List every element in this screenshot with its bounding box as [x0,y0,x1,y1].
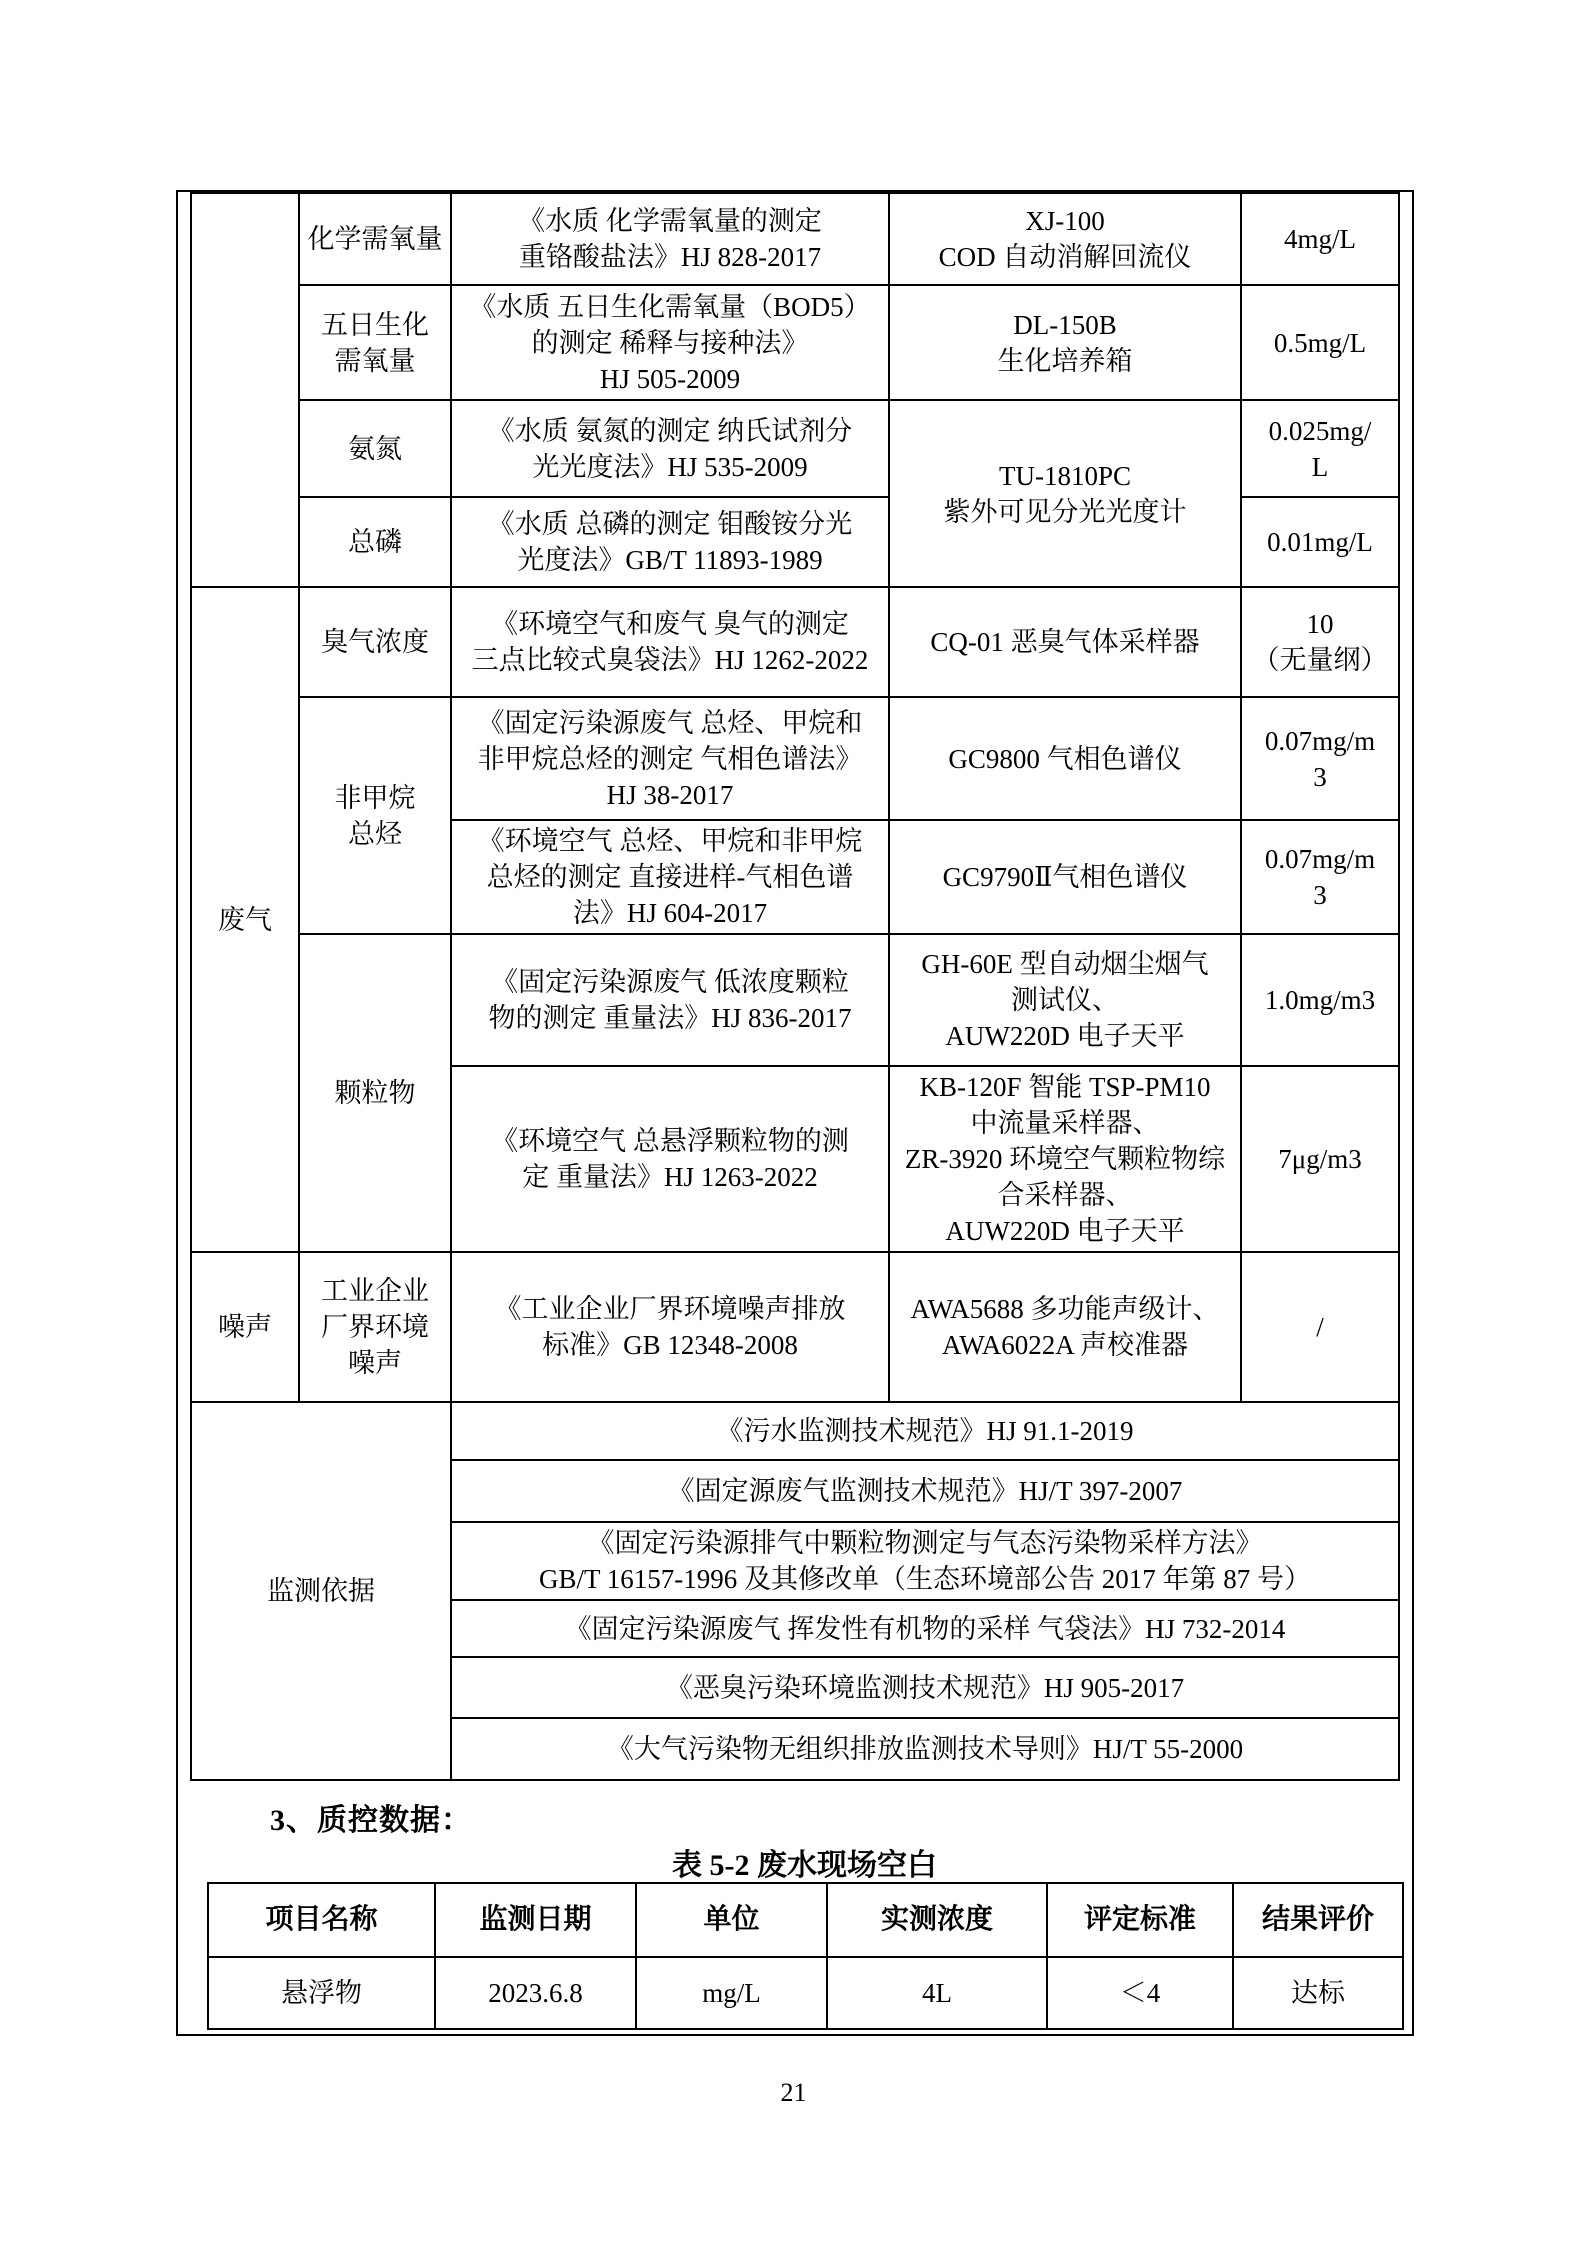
monitoring-table: 化学需氧量 《水质 化学需氧量的测定 重铬酸盐法》HJ 828-2017 XJ-… [190,192,1400,1781]
qc-header-cell: 实测浓度 [827,1883,1047,1957]
instrument-cell: KB-120F 智能 TSP-PM10 中流量采样器、 ZR-3920 环境空气… [889,1066,1241,1252]
qc-section-heading: 3、质控数据： [270,1795,472,1839]
table-row: 监测依据 《污水监测技术规范》HJ 91.1-2019 [191,1402,1399,1460]
qc-header-cell: 项目名称 [208,1883,435,1957]
basis-item: 《大气污染物无组织排放监测技术导则》HJ/T 55-2000 [451,1718,1399,1780]
basis-item: 《固定源废气监测技术规范》HJ/T 397-2007 [451,1460,1399,1522]
instrument-cell: GC9800 气相色谱仪 [889,697,1241,820]
parameter-cell: 工业企业 厂界环境 噪声 [299,1252,451,1402]
table-row: 氨氮 《水质 氨氮的测定 纳氏试剂分 光光度法》HJ 535-2009 TU-1… [191,400,1399,497]
table-row: 废气 臭气浓度 《环境空气和废气 臭气的测定 三点比较式臭袋法》HJ 1262-… [191,587,1399,697]
table-row: 五日生化 需氧量 《水质 五日生化需氧量（BOD5） 的测定 稀释与接种法》 H… [191,285,1399,400]
method-cell: 《水质 氨氮的测定 纳氏试剂分 光光度法》HJ 535-2009 [451,400,889,497]
category-cell: 废气 [191,587,299,1252]
detection-limit-cell: / [1241,1252,1399,1402]
parameter-cell: 臭气浓度 [299,587,451,697]
method-cell: 《环境空气和废气 臭气的测定 三点比较式臭袋法》HJ 1262-2022 [451,587,889,697]
instrument-cell: GC9790Ⅱ气相色谱仪 [889,820,1241,934]
qc-cell: 达标 [1233,1957,1403,2029]
instrument-cell: GH-60E 型自动烟尘烟气 测试仪、 AUW220D 电子天平 [889,934,1241,1066]
qc-cell: 4L [827,1957,1047,2029]
instrument-cell: CQ-01 恶臭气体采样器 [889,587,1241,697]
qc-cell: mg/L [636,1957,827,2029]
detection-limit-cell: 10 （无量纲） [1241,587,1399,697]
document-page: 化学需氧量 《水质 化学需氧量的测定 重铬酸盐法》HJ 828-2017 XJ-… [0,0,1587,2245]
detection-limit-cell: 4mg/L [1241,193,1399,285]
qc-header-cell: 结果评价 [1233,1883,1403,1957]
basis-item: 《恶臭污染环境监测技术规范》HJ 905-2017 [451,1657,1399,1718]
method-cell: 《水质 总磷的测定 钼酸铵分光 光度法》GB/T 11893-1989 [451,497,889,587]
instrument-cell: DL-150B 生化培养箱 [889,285,1241,400]
table-row: 非甲烷 总烃 《固定污染源废气 总烃、甲烷和 非甲烷总烃的测定 气相色谱法》 H… [191,697,1399,820]
qc-table: 项目名称 监测日期 单位 实测浓度 评定标准 结果评价 悬浮物 2023.6.8… [207,1882,1404,2030]
method-cell: 《环境空气 总悬浮颗粒物的测 定 重量法》HJ 1263-2022 [451,1066,889,1252]
method-cell: 《固定污染源废气 总烃、甲烷和 非甲烷总烃的测定 气相色谱法》 HJ 38-20… [451,697,889,820]
category-cell: 噪声 [191,1252,299,1402]
detection-limit-cell: 0.01mg/L [1241,497,1399,587]
qc-cell: 悬浮物 [208,1957,435,2029]
parameter-cell: 氨氮 [299,400,451,497]
method-cell: 《工业企业厂界环境噪声排放 标准》GB 12348-2008 [451,1252,889,1402]
method-cell: 《水质 化学需氧量的测定 重铬酸盐法》HJ 828-2017 [451,193,889,285]
table-row: 颗粒物 《固定污染源废气 低浓度颗粒 物的测定 重量法》HJ 836-2017 … [191,934,1399,1066]
page-number: 21 [0,2078,1587,2108]
qc-header-cell: 监测日期 [435,1883,636,1957]
parameter-cell: 化学需氧量 [299,193,451,285]
qc-table-title: 表 5-2 废水现场空白 [207,1840,1402,1884]
instrument-cell: XJ-100 COD 自动消解回流仪 [889,193,1241,285]
method-cell: 《水质 五日生化需氧量（BOD5） 的测定 稀释与接种法》 HJ 505-200… [451,285,889,400]
qc-header-row: 项目名称 监测日期 单位 实测浓度 评定标准 结果评价 [208,1883,1403,1957]
basis-item: 《固定污染源废气 挥发性有机物的采样 气袋法》HJ 732-2014 [451,1600,1399,1657]
basis-label-cell: 监测依据 [191,1402,451,1780]
method-cell: 《环境空气 总烃、甲烷和非甲烷 总烃的测定 直接进样-气相色谱 法》HJ 604… [451,820,889,934]
qc-header-cell: 单位 [636,1883,827,1957]
parameter-cell: 非甲烷 总烃 [299,697,451,934]
qc-cell: 2023.6.8 [435,1957,636,2029]
detection-limit-cell: 0.07mg/m 3 [1241,820,1399,934]
instrument-cell: AWA5688 多功能声级计、 AWA6022A 声校准器 [889,1252,1241,1402]
parameter-cell: 总磷 [299,497,451,587]
instrument-cell: TU-1810PC 紫外可见分光光度计 [889,400,1241,587]
table-row: 噪声 工业企业 厂界环境 噪声 《工业企业厂界环境噪声排放 标准》GB 1234… [191,1252,1399,1402]
category-cell [191,193,299,587]
detection-limit-cell: 0.07mg/m 3 [1241,697,1399,820]
qc-header-cell: 评定标准 [1047,1883,1233,1957]
basis-item: 《固定污染源排气中颗粒物测定与气态污染物采样方法》 GB/T 16157-199… [451,1522,1399,1600]
parameter-cell: 五日生化 需氧量 [299,285,451,400]
parameter-cell: 颗粒物 [299,934,451,1252]
basis-item: 《污水监测技术规范》HJ 91.1-2019 [451,1402,1399,1460]
detection-limit-cell: 0.5mg/L [1241,285,1399,400]
qc-data-row: 悬浮物 2023.6.8 mg/L 4L ＜4 达标 [208,1957,1403,2029]
table-row: 化学需氧量 《水质 化学需氧量的测定 重铬酸盐法》HJ 828-2017 XJ-… [191,193,1399,285]
detection-limit-cell: 7μg/m3 [1241,1066,1399,1252]
detection-limit-cell: 1.0mg/m3 [1241,934,1399,1066]
method-cell: 《固定污染源废气 低浓度颗粒 物的测定 重量法》HJ 836-2017 [451,934,889,1066]
qc-cell: ＜4 [1047,1957,1233,2029]
detection-limit-cell: 0.025mg/ L [1241,400,1399,497]
